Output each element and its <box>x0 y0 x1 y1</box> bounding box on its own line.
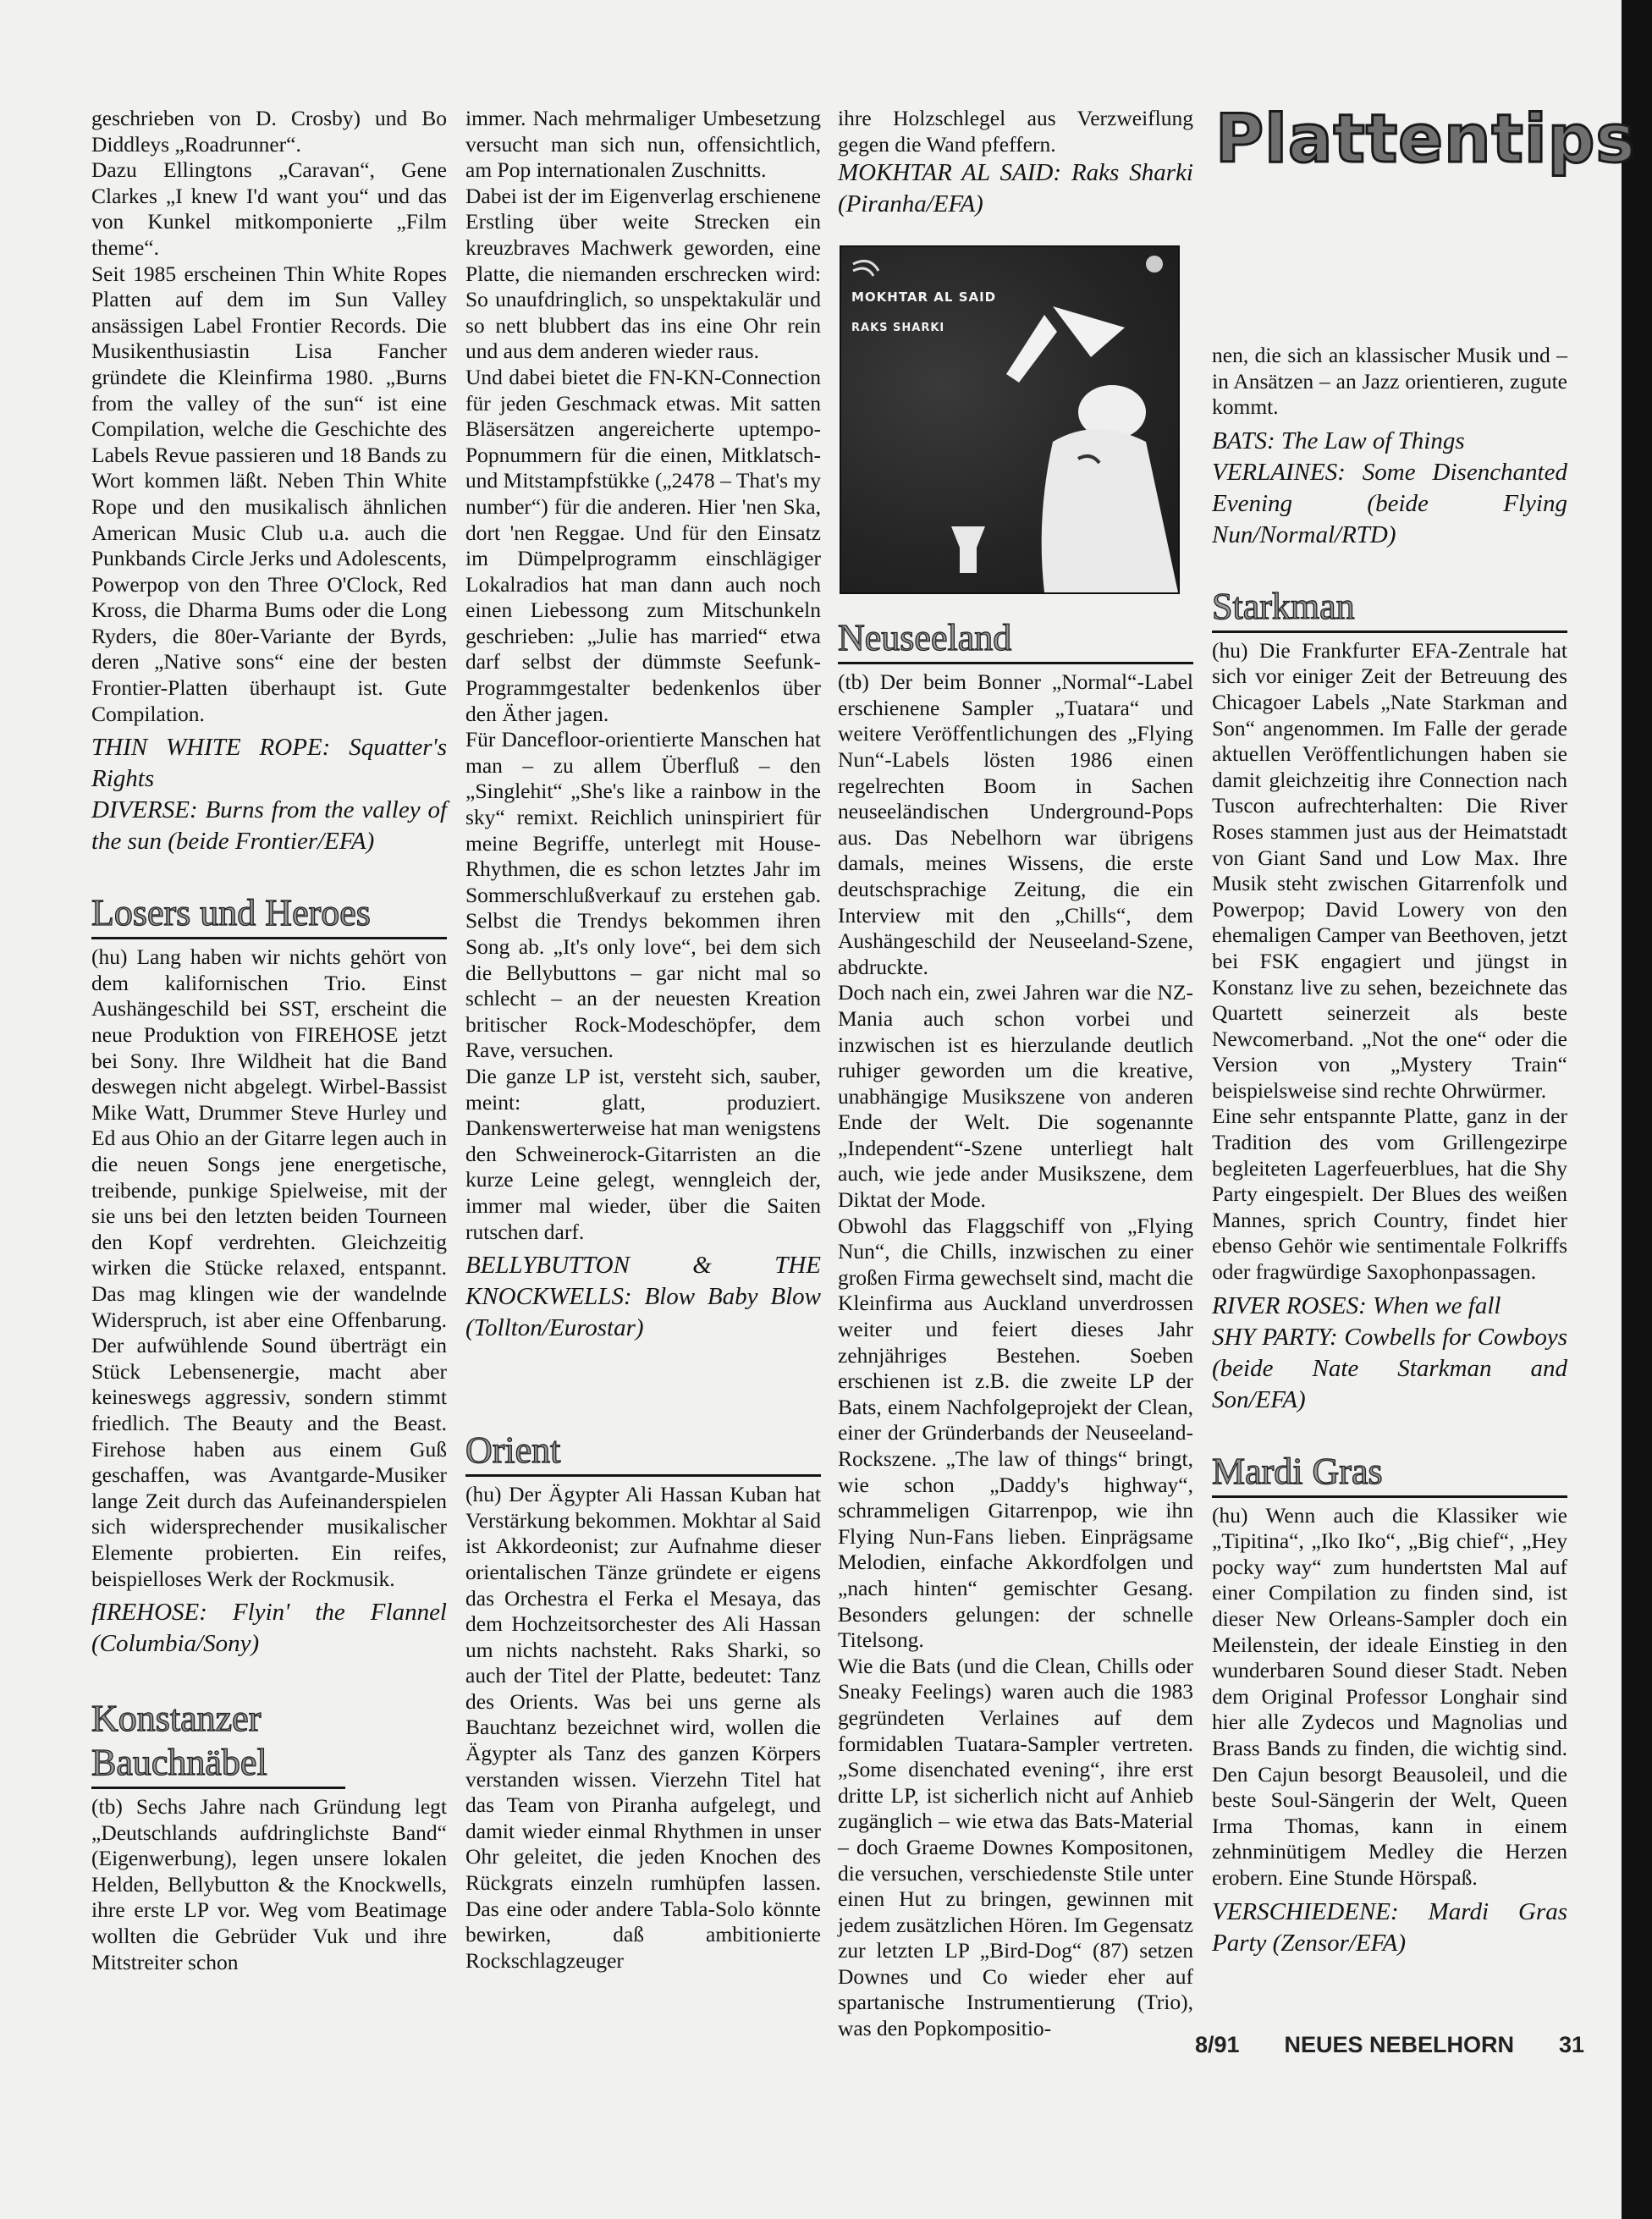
body-paragraph: (hu) Wenn auch die Klassiker wie „Tipiti… <box>1212 1503 1567 1891</box>
album-title-text: RAKS SHARKI <box>851 322 944 334</box>
record-tip-line: BELLYBUTTON & THE KNOCKWELLS: Blow Baby … <box>465 1250 821 1344</box>
body-paragraph: Und dabei bietet die FN-KN-Connection fü… <box>465 365 821 727</box>
magazine-page: geschrieben von D. Crosby) und Bo Diddle… <box>0 0 1622 2219</box>
body-paragraph: Wie die Bats (und die Clean, Chills oder… <box>838 1654 1193 2042</box>
column-2: immer. Nach mehrmaliger Umbesetzung vers… <box>465 106 821 1974</box>
record-tip: RIVER ROSES: When we fall SHY PARTY: Cow… <box>1212 1291 1567 1416</box>
column-4: nen, die sich an klassischer Musik und –… <box>1212 343 1567 1959</box>
record-tip: BELLYBUTTON & THE KNOCKWELLS: Blow Baby … <box>465 1250 821 1344</box>
body-paragraph: geschrieben von D. Crosby) und Bo Diddle… <box>91 106 447 157</box>
article-heading-starkman: Starkman <box>1212 585 1567 633</box>
body-paragraph: Obwohl das Flaggschiff von „Flying Nun“,… <box>838 1214 1193 1654</box>
issue-number: 8/91 <box>1195 2032 1240 2058</box>
body-paragraph: Die ganze LP ist, versteht sich, sauber,… <box>465 1064 821 1245</box>
record-tip: fIREHOSE: Flyin' the Flannel (Columbia/S… <box>91 1597 447 1660</box>
body-paragraph: Eine sehr entspannte Platte, ganz in der… <box>1212 1104 1567 1285</box>
page-number: 31 <box>1559 2032 1584 2058</box>
record-tip-line: VERSCHIEDENE: Mardi Gras Party (Zensor/E… <box>1212 1897 1567 1959</box>
record-tip-line: THIN WHITE ROPE: Squatter's Rights <box>91 732 447 795</box>
record-tip-line: DIVERSE: Burns from the valley of the su… <box>91 795 447 857</box>
album-artist-text: MOKHTAR AL SAID <box>851 289 996 305</box>
article-heading-losers: Losers und Heroes <box>91 891 447 939</box>
record-tip: THIN WHITE ROPE: Squatter's Rights DIVER… <box>91 732 447 857</box>
body-paragraph: Seit 1985 erscheinen Thin White Ropes Pl… <box>91 262 447 728</box>
body-paragraph: (hu) Der Ägypter Ali Hassan Kuban hat Ve… <box>465 1482 821 1974</box>
article-heading-neuseeland: Neuseeland <box>838 616 1193 664</box>
record-tip-line: VERLAINES: Some Disenchanted Evening (be… <box>1212 457 1567 551</box>
body-paragraph: Für Dancefloor-orientierte Manschen hat … <box>465 727 821 1064</box>
page-footer: 8/91 NEUES NEBELHORN 31 <box>1195 2032 1584 2058</box>
body-paragraph: Dabei ist der im Eigenverlag erschienene… <box>465 184 821 365</box>
record-tip-line: BATS: The Law of Things <box>1212 426 1567 457</box>
article-heading-orient: Orient <box>465 1429 821 1477</box>
magazine-name: NEUES NEBELHORN <box>1284 2032 1514 2058</box>
body-paragraph: Doch nach ein, zwei Jahren war die NZ-Ma… <box>838 980 1193 1213</box>
record-tip-line: MOKHTAR AL SAID: Raks Sharki (Piranha/EF… <box>838 157 1193 220</box>
body-paragraph: immer. Nach mehrmaliger Umbesetzung vers… <box>465 106 821 184</box>
album-cover-image: MOKHTAR AL SAID RAKS SHARKI <box>840 245 1180 594</box>
body-paragraph: (tb) Der beim Bonner „Normal“-Label ersc… <box>838 669 1193 980</box>
record-tip-line: SHY PARTY: Cowbells for Cowboys (beide N… <box>1212 1322 1567 1416</box>
article-heading-mardigras: Mardi Gras <box>1212 1450 1567 1498</box>
record-tip: VERSCHIEDENE: Mardi Gras Party (Zensor/E… <box>1212 1897 1567 1959</box>
record-tip-line: fIREHOSE: Flyin' the Flannel (Columbia/S… <box>91 1597 447 1660</box>
body-paragraph: nen, die sich an klassischer Musik und –… <box>1212 343 1567 421</box>
body-paragraph: (hu) Die Frankfurter EFA-Zentrale hat si… <box>1212 638 1567 1104</box>
column-1: geschrieben von D. Crosby) und Bo Diddle… <box>91 106 447 1975</box>
body-paragraph: Dazu Ellingtons „Caravan“, Gene Clarkes … <box>91 157 447 261</box>
section-title-plattentips: Plattentips <box>1215 102 1571 178</box>
body-paragraph: ihre Holzschlegel aus Verzweiflung gegen… <box>838 106 1193 157</box>
body-paragraph: (hu) Lang haben wir nichts gehört von de… <box>91 944 447 1592</box>
record-tip: MOKHTAR AL SAID: Raks Sharki (Piranha/EF… <box>838 157 1193 220</box>
article-heading-konstanzer: Konstanzer Bauchnäbel <box>91 1697 345 1789</box>
record-tip: BATS: The Law of Things VERLAINES: Some … <box>1212 426 1567 551</box>
record-tip-line: RIVER ROSES: When we fall <box>1212 1291 1567 1322</box>
body-paragraph: (tb) Sechs Jahre nach Gründung legt „Deu… <box>91 1794 447 1975</box>
